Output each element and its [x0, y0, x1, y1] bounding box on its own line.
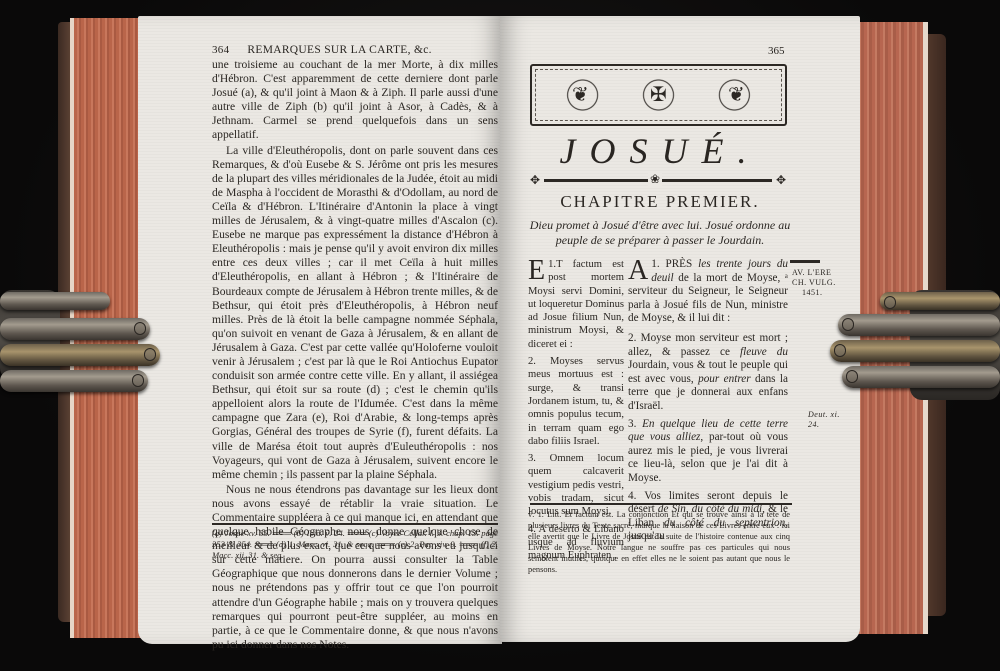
- dropcap: E: [528, 260, 545, 282]
- latin-verse-2: 2. Moyses servus meus mortuus est : surg…: [528, 355, 624, 448]
- left-page-body: une troisieme au couchant de la mer Mort…: [212, 58, 498, 652]
- right-metal-hand: [828, 290, 1000, 400]
- floral-ornament-icon: ❦: [728, 84, 745, 106]
- french-verse-2: 2. Moyse mon serviteur est mort ; allez,…: [628, 332, 788, 414]
- center-ornament-icon: ❀: [648, 172, 662, 187]
- paragraph: Nous ne nous étendrons pas davantage sur…: [212, 483, 498, 652]
- margin-rule: [790, 260, 820, 263]
- left-metal-hand: [0, 270, 160, 390]
- scroll-ornament-icon: ✥: [776, 173, 786, 188]
- chapter-summary: Dieu promet à Josué d'être avec lui. Jos…: [528, 218, 792, 248]
- french-verse-1: 1. APRÈS les trente jours du deuil de la…: [628, 258, 788, 328]
- left-footnotes: (a) Josue xv. 55. ═══ (b) Ibid. ṽ. 24. ═…: [212, 528, 498, 562]
- ornamental-rule: ✥ ❀ ✥: [530, 176, 786, 186]
- footnote-divider: [212, 523, 498, 525]
- floral-ornament-icon: ❦: [572, 84, 589, 106]
- chapter-title: CHAPITRE PREMIER.: [530, 192, 790, 212]
- left-page-number: 364: [212, 44, 229, 56]
- latin-verse-1: 1.ET factum est post mortem Moysi servi …: [528, 258, 624, 351]
- cross-ornament-icon: ✠: [650, 84, 667, 106]
- paragraph: une troisieme au couchant de la mer Mort…: [212, 58, 498, 143]
- dropcap: A: [628, 260, 648, 282]
- right-footnote: ṽ. 1. Litt. Et factum est. La conjonctio…: [528, 509, 790, 575]
- running-head: 364 REMARQUES SUR LA CARTE, &c.: [212, 44, 498, 56]
- crossref-margin-note: Deut. xi. 24.: [808, 410, 844, 430]
- right-page-number: 365: [768, 45, 785, 57]
- footnote-divider: [530, 503, 792, 505]
- headpiece-ornament: ❦ ✠ ❦: [530, 64, 787, 126]
- running-head-title: REMARQUES SUR LA CARTE, &c.: [247, 44, 431, 56]
- scroll-ornament-icon: ✥: [530, 173, 540, 188]
- french-verse-3: 3. En quelque lieu de cette terre que vo…: [628, 418, 788, 486]
- paragraph: La ville d'Eleuthéropolis, dont on parle…: [212, 144, 498, 482]
- book-title: JOSUÉ.: [530, 130, 790, 172]
